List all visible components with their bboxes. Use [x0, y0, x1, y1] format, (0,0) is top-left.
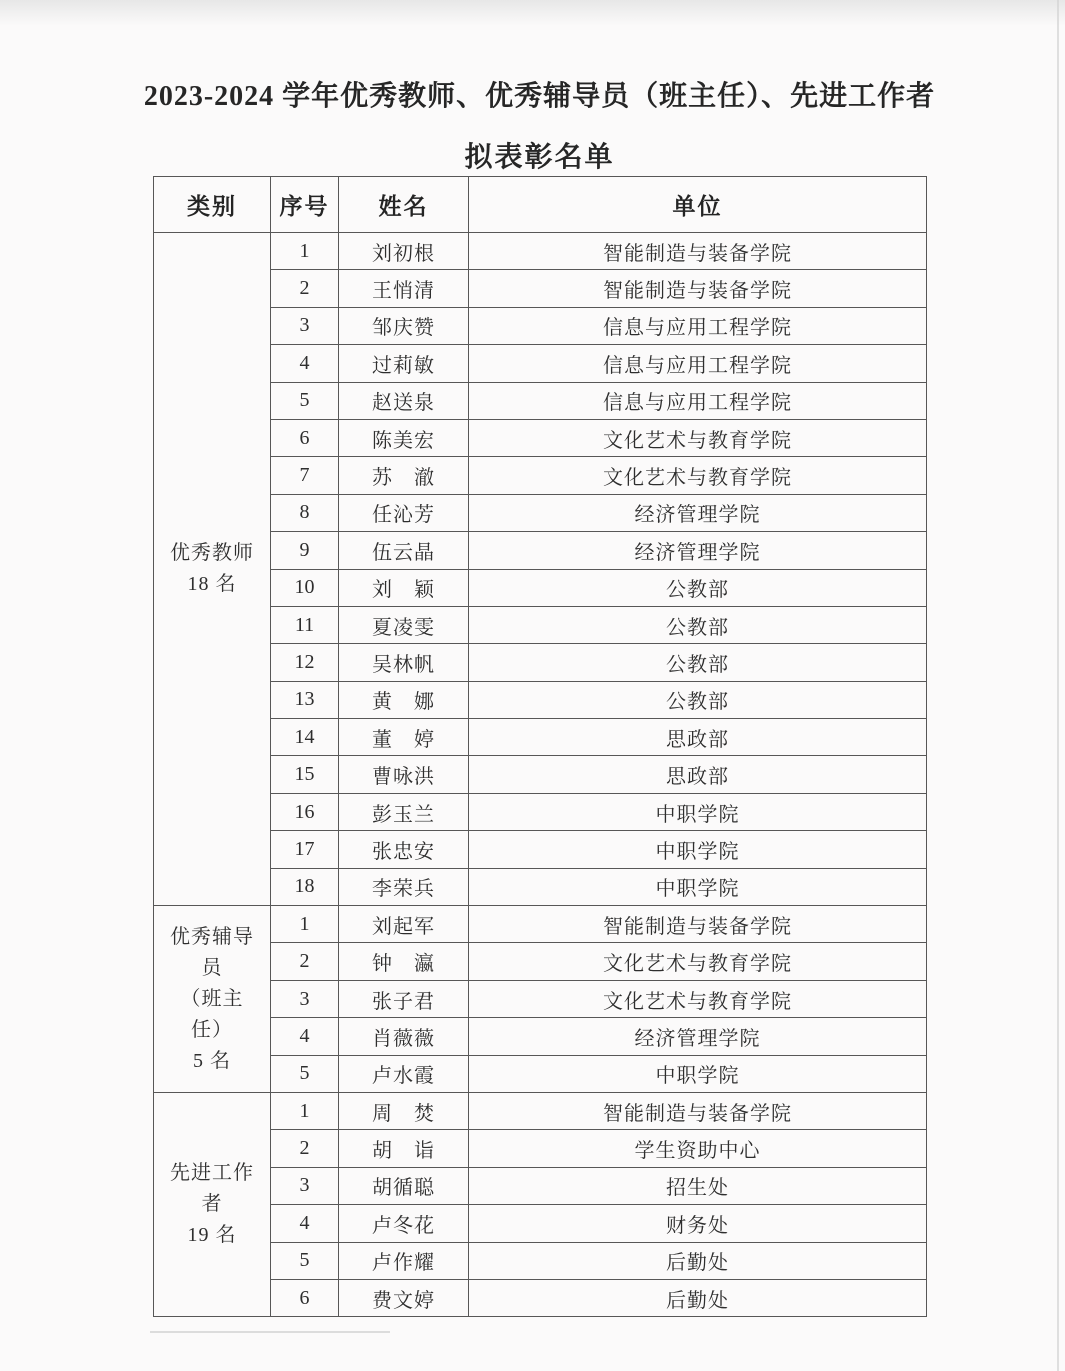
- name-cell: 苏 澈: [339, 457, 469, 494]
- unit-cell: 公教部: [469, 569, 927, 606]
- header-name: 姓名: [339, 177, 469, 233]
- name-cell: 赵送泉: [339, 382, 469, 419]
- name-cell: 卢冬花: [339, 1205, 469, 1242]
- name-cell: 黄 娜: [339, 681, 469, 718]
- name-cell: 张子君: [339, 980, 469, 1017]
- unit-cell: 公教部: [469, 606, 927, 643]
- unit-cell: 智能制造与装备学院: [469, 270, 927, 307]
- serial-cell: 5: [271, 1242, 339, 1279]
- unit-cell: 智能制造与装备学院: [469, 1092, 927, 1129]
- unit-cell: 经济管理学院: [469, 494, 927, 531]
- serial-cell: 2: [271, 270, 339, 307]
- serial-cell: 7: [271, 457, 339, 494]
- name-cell: 刘起军: [339, 906, 469, 943]
- table-header-row: 类别 序号 姓名 单位: [154, 177, 927, 233]
- unit-cell: 智能制造与装备学院: [469, 233, 927, 270]
- unit-cell: 文化艺术与教育学院: [469, 943, 927, 980]
- page-right-edge: [1057, 0, 1059, 1371]
- unit-cell: 信息与应用工程学院: [469, 345, 927, 382]
- name-cell: 王悄清: [339, 270, 469, 307]
- serial-cell: 11: [271, 606, 339, 643]
- unit-cell: 招生处: [469, 1167, 927, 1204]
- serial-cell: 17: [271, 831, 339, 868]
- serial-cell: 6: [271, 1279, 339, 1316]
- serial-cell: 4: [271, 1018, 339, 1055]
- serial-cell: 5: [271, 382, 339, 419]
- unit-cell: 思政部: [469, 719, 927, 756]
- header-unit: 单位: [469, 177, 927, 233]
- table-row: 优秀教师 18 名1刘初根智能制造与装备学院: [154, 233, 927, 270]
- document-subtitle: 拟表彰名单: [14, 135, 1065, 175]
- name-cell: 邹庆赞: [339, 307, 469, 344]
- name-cell: 吴林帆: [339, 644, 469, 681]
- serial-cell: 18: [271, 868, 339, 905]
- serial-cell: 16: [271, 793, 339, 830]
- roster-table-body: 优秀教师 18 名1刘初根智能制造与装备学院2王悄清智能制造与装备学院3邹庆赞信…: [154, 233, 927, 1317]
- serial-cell: 8: [271, 494, 339, 531]
- name-cell: 董 婷: [339, 719, 469, 756]
- serial-cell: 6: [271, 419, 339, 456]
- serial-cell: 4: [271, 345, 339, 382]
- name-cell: 彭玉兰: [339, 793, 469, 830]
- document-page: 2023-2024 学年优秀教师、优秀辅导员（班主任）、先进工作者 拟表彰名单 …: [0, 0, 1065, 1371]
- unit-cell: 中职学院: [469, 868, 927, 905]
- category-cell: 优秀辅导 员 （班主 任） 5 名: [154, 906, 271, 1093]
- unit-cell: 思政部: [469, 756, 927, 793]
- unit-cell: 中职学院: [469, 831, 927, 868]
- name-cell: 陈美宏: [339, 419, 469, 456]
- unit-cell: 文化艺术与教育学院: [469, 419, 927, 456]
- unit-cell: 中职学院: [469, 793, 927, 830]
- name-cell: 周 焚: [339, 1092, 469, 1129]
- category-cell: 优秀教师 18 名: [154, 233, 271, 906]
- serial-cell: 12: [271, 644, 339, 681]
- unit-cell: 信息与应用工程学院: [469, 382, 927, 419]
- unit-cell: 经济管理学院: [469, 532, 927, 569]
- unit-cell: 学生资助中心: [469, 1130, 927, 1167]
- scan-artifact-line: [150, 1331, 390, 1333]
- serial-cell: 3: [271, 980, 339, 1017]
- unit-cell: 后勤处: [469, 1242, 927, 1279]
- unit-cell: 经济管理学院: [469, 1018, 927, 1055]
- name-cell: 卢水霞: [339, 1055, 469, 1092]
- name-cell: 过莉敏: [339, 345, 469, 382]
- name-cell: 费文婷: [339, 1279, 469, 1316]
- name-cell: 胡 诣: [339, 1130, 469, 1167]
- header-category: 类别: [154, 177, 271, 233]
- category-cell: 先进工作 者 19 名: [154, 1092, 271, 1316]
- name-cell: 肖薇薇: [339, 1018, 469, 1055]
- unit-cell: 后勤处: [469, 1279, 927, 1316]
- unit-cell: 智能制造与装备学院: [469, 906, 927, 943]
- name-cell: 夏凌雯: [339, 606, 469, 643]
- serial-cell: 9: [271, 532, 339, 569]
- unit-cell: 中职学院: [469, 1055, 927, 1092]
- unit-cell: 公教部: [469, 681, 927, 718]
- table-row: 优秀辅导 员 （班主 任） 5 名1刘起军智能制造与装备学院: [154, 906, 927, 943]
- name-cell: 胡循聪: [339, 1167, 469, 1204]
- serial-cell: 1: [271, 906, 339, 943]
- unit-cell: 信息与应用工程学院: [469, 307, 927, 344]
- serial-cell: 4: [271, 1205, 339, 1242]
- header-serial: 序号: [271, 177, 339, 233]
- serial-cell: 5: [271, 1055, 339, 1092]
- serial-cell: 1: [271, 1092, 339, 1129]
- serial-cell: 13: [271, 681, 339, 718]
- name-cell: 张忠安: [339, 831, 469, 868]
- name-cell: 卢作耀: [339, 1242, 469, 1279]
- name-cell: 钟 瀛: [339, 943, 469, 980]
- serial-cell: 1: [271, 233, 339, 270]
- serial-cell: 3: [271, 1167, 339, 1204]
- serial-cell: 14: [271, 719, 339, 756]
- name-cell: 李荣兵: [339, 868, 469, 905]
- serial-cell: 2: [271, 943, 339, 980]
- unit-cell: 公教部: [469, 644, 927, 681]
- serial-cell: 3: [271, 307, 339, 344]
- serial-cell: 10: [271, 569, 339, 606]
- photo-top-shade: [0, 0, 1065, 26]
- name-cell: 伍云晶: [339, 532, 469, 569]
- unit-cell: 文化艺术与教育学院: [469, 980, 927, 1017]
- table-row: 先进工作 者 19 名1周 焚智能制造与装备学院: [154, 1092, 927, 1129]
- unit-cell: 财务处: [469, 1205, 927, 1242]
- name-cell: 任沁芳: [339, 494, 469, 531]
- serial-cell: 2: [271, 1130, 339, 1167]
- name-cell: 刘初根: [339, 233, 469, 270]
- name-cell: 刘 颖: [339, 569, 469, 606]
- document-title: 2023-2024 学年优秀教师、优秀辅导员（班主任）、先进工作者: [14, 74, 1065, 114]
- unit-cell: 文化艺术与教育学院: [469, 457, 927, 494]
- serial-cell: 15: [271, 756, 339, 793]
- commendation-table: 类别 序号 姓名 单位 优秀教师 18 名1刘初根智能制造与装备学院2王悄清智能…: [153, 176, 927, 1317]
- name-cell: 曹咏洪: [339, 756, 469, 793]
